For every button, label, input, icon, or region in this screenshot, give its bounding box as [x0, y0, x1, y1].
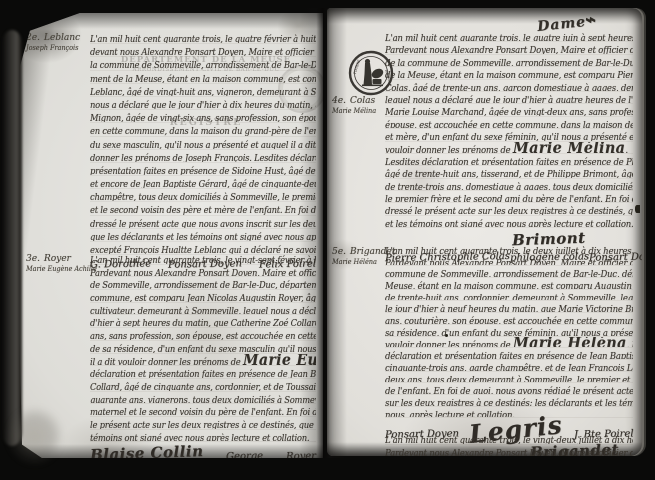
text-segment: ment de la Meuse, étant en la maison com… — [90, 74, 316, 84]
text-segment: vouloir donner les prénoms de — [385, 145, 513, 154]
text-segment: en cette commune, dans la maison du gran… — [90, 126, 316, 136]
manuscript-line: en cette commune, dans la maison du gran… — [90, 123, 316, 136]
manuscript-text: de la commune de Sommeville, arrondissem… — [385, 58, 633, 67]
manuscript-line: de la Meuse, étant en la maison commune,… — [385, 67, 633, 79]
book-fore-edge — [2, 30, 22, 446]
manuscript-line: Colas, âgé de trente-un ans, garçon dome… — [385, 80, 633, 92]
manuscript-text: dressé le présent acte que nous avons in… — [90, 219, 316, 229]
margin-number-and-surname: 3e.Royer — [26, 254, 92, 264]
manuscript-text: que les déclarants et les témoins ont si… — [90, 232, 316, 242]
text-segment: commune de Sommeville, arrondissement de… — [385, 269, 633, 278]
manuscript-line: cinquante-trois ans, garde champêtre, et… — [385, 360, 633, 372]
birth-act: L'an mil huit cent quarante trois, le vi… — [90, 252, 316, 458]
manuscript-text: et encore de Jean Baptiste Gérard, âgé d… — [90, 179, 316, 189]
text-segment: déclaration et présentation faites en pr… — [90, 369, 316, 379]
manuscript-text: Marie Louise Marchand, âgée de vingt-deu… — [385, 107, 633, 116]
text-segment: et le second voisin des père et mère de … — [90, 205, 316, 215]
manuscript-line: épouse, est accouchée en cette commune, … — [385, 117, 633, 129]
text-segment: vouloir donner les prénoms de — [385, 340, 513, 349]
text-segment: lequel nous a déclaré que le jour d'hier… — [385, 95, 633, 104]
manuscript-line: Meuse, étant en la maison commune, est c… — [385, 278, 633, 290]
manuscript-line: maternel et le second voisin du père de … — [90, 404, 316, 417]
manuscript-text: sa résidence, d'un enfant du sexe fémini… — [385, 328, 633, 337]
text-segment: présentation faites en présence de Sidoi… — [90, 166, 316, 176]
manuscript-text: devant nous Alexandre Ponsart Doyen, Mai… — [90, 47, 316, 57]
manuscript-text: la commune de Sommeville, arrondissement… — [90, 60, 316, 70]
manuscript-text: présentation faites en présence de Sidoi… — [90, 166, 316, 176]
manuscript-line: il a dit vouloir donner les prénoms de M… — [90, 354, 316, 367]
text-segment: donner les prénoms de Joseph François. L… — [90, 153, 316, 163]
manuscript-text: âgé de trente-huit ans, tisserand, et de… — [385, 169, 633, 178]
text-segment: de Sommeville, arrondissement de Bar-le-… — [90, 280, 316, 290]
manuscript-text: L'an mil huit cent quarante trois, le de… — [385, 246, 633, 255]
text-segment: Collard, âgé de cinquante ans, cordonnie… — [90, 382, 316, 392]
manuscript-line: deux ans, tous deux demeurant à Sommevil… — [385, 372, 633, 384]
text-segment: Marie Louise Marchand, âgée de vingt-deu… — [385, 107, 633, 116]
manuscript-line: ment de la Meuse, étant en la maison com… — [90, 71, 316, 84]
manuscript-text: lequel nous a déclaré que le jour d'hier… — [385, 95, 633, 104]
text-segment: de sa résidence, d'un enfant du sexe mas… — [90, 344, 316, 354]
text-segment: de la commune de Sommeville, arrondissem… — [385, 58, 633, 67]
register-scan: DÉPARTEMENT DE LA MEUSE ARRONDISSEMENT C… — [0, 0, 655, 480]
birth-act: L'an mil huit cent quarante trois, le qu… — [385, 30, 633, 263]
manuscript-text: Mignon, âgée de vingt-six ans, sans prof… — [90, 113, 316, 123]
manuscript-text: champêtre, tous deux domiciliés à Sommev… — [90, 192, 316, 202]
manuscript-text: déclaration et présentation faites en pr… — [385, 351, 633, 360]
manuscript-text: donner les prénoms de Joseph François. L… — [90, 153, 316, 163]
manuscript-text: commune de Sommeville, arrondissement de… — [385, 269, 633, 278]
manuscript-text: nous a déclaré que le jour d'hier à dix … — [90, 100, 316, 110]
manuscript-text: Meuse, étant en la maison commune, est c… — [385, 281, 633, 290]
manuscript-text: Lesdites déclaration et présentation fai… — [385, 157, 633, 166]
manuscript-text: maternel et le second voisin du père de … — [90, 407, 316, 417]
text-segment: de l'enfant. En foi de quoi, nous avons … — [385, 386, 633, 395]
text-segment: la commune de Sommeville, arrondissement… — [90, 60, 316, 70]
child-name: Marie Eugène Achille — [243, 354, 316, 367]
manuscript-line: et mère, d'un enfant du sexe féminin, qu… — [385, 129, 633, 141]
text-segment: L'an mil huit cent quarante trois, le qu… — [90, 34, 316, 44]
manuscript-text: le jour d'hier à neuf heures du matin, q… — [385, 304, 633, 313]
ink-speck — [635, 205, 640, 213]
manuscript-line: dressé le présent acte que nous avons in… — [90, 216, 316, 229]
manuscript-text: sur les deux registres à ce destinés; le… — [385, 398, 633, 407]
manuscript-line: de sa résidence, d'un enfant du sexe mas… — [90, 341, 316, 354]
manuscript-line: commune, est comparu Jean Nicolas August… — [90, 290, 316, 303]
manuscript-text: épouse, est accouchée en cette commune, … — [385, 120, 633, 129]
text-segment: ans, sans profession, son épouse, est ac… — [90, 331, 316, 341]
manuscript-line: la commune de Sommeville, arrondissement… — [90, 57, 316, 70]
manuscript-line: vouloir donner les prénoms de Marie Méli… — [385, 142, 633, 154]
manuscript-text: et mère, d'un enfant du sexe féminin, qu… — [385, 132, 633, 141]
manuscript-text: L'an mil huit cent quarante trois, le qu… — [90, 34, 316, 44]
manuscript-text: deux ans, tous deux demeurant à Sommevil… — [385, 375, 633, 384]
text-segment: du sexe masculin, qu'il nous a présenté … — [90, 140, 316, 150]
text-segment: quarante ans, vignerons, tous deux domic… — [90, 395, 316, 405]
manuscript-text: et le second voisin des père et mère de … — [90, 205, 316, 215]
manuscript-line: Pardevant nous Alexandre Ponsart Doyen, … — [385, 255, 633, 267]
manuscript-text: dressé le présent acte sur les deux regi… — [385, 206, 633, 215]
manuscript-text: Pardevant nous Alexandre Ponsart Doyen, … — [385, 258, 633, 267]
manuscript-text: ans, couturière, son épouse, est accouch… — [385, 316, 633, 325]
manuscript-text: d'hier à sept heures du matin, que Cathe… — [90, 318, 316, 328]
manuscript-text: vouloir donner les prénoms de Marie Hélé… — [385, 337, 633, 349]
text-segment: L'an mil huit cent quarante trois, le qu… — [385, 33, 633, 42]
birth-act: L'an mil huit cent quarante trois, le qu… — [90, 31, 316, 270]
text-segment: champêtre, tous deux domiciliés à Sommev… — [90, 192, 316, 202]
manuscript-text: il a dit vouloir donner les prénoms de M… — [90, 354, 316, 367]
text-segment: L'an mil huit cent quarante trois, le vi… — [385, 435, 633, 445]
manuscript-line: témoins ont signé avec nous après lectur… — [90, 430, 316, 443]
manuscript-line: Marie Louise Marchand, âgée de vingt-deu… — [385, 104, 633, 116]
manuscript-line: sur les deux registres à ce destinés; le… — [385, 395, 633, 407]
right-page: TIMBRE ROYAL Dame 4e.ColasMarie MélinaL'… — [327, 8, 642, 456]
signature: Blaise Collin — [90, 442, 204, 458]
text-segment: âgé de trente-huit ans, tisserand, et de… — [385, 169, 633, 178]
act-margin-note: 3e.RoyerMarie Eugène Achille — [26, 254, 92, 273]
manuscript-text: de trente-trois ans, domestique à gages,… — [385, 182, 633, 191]
manuscript-line: de la commune de Sommeville, arrondissem… — [385, 55, 633, 67]
manuscript-text: Pardevant nous Alexandre Ponsart Doyen, … — [385, 45, 633, 54]
manuscript-line: ans, sans profession, son épouse, est ac… — [90, 328, 316, 341]
manuscript-text: de Sommeville, arrondissement de Bar-le-… — [90, 280, 316, 290]
page-edge-highlight — [6, 406, 64, 466]
manuscript-text: déclaration et présentation faites en pr… — [90, 369, 316, 379]
manuscript-text: et les témoins ont signé avec nous après… — [385, 219, 633, 228]
text-segment: Mignon, âgée de vingt-six ans, sans prof… — [90, 113, 316, 123]
manuscript-line: âgé de trente-huit ans, tisserand, et de… — [385, 166, 633, 178]
manuscript-line: dressé le présent acte sur les deux regi… — [385, 203, 633, 215]
text-segment: . Lesdites — [627, 340, 633, 349]
child-name: Marie Héléna — [513, 337, 627, 349]
manuscript-text: L'an mil huit cent quarante trois, le qu… — [385, 33, 633, 42]
manuscript-line: nous a déclaré que le jour d'hier à dix … — [90, 97, 316, 110]
manuscript-line: L'an mil huit cent quarante trois, le qu… — [385, 30, 633, 42]
act-number: 4e. — [332, 96, 346, 106]
manuscript-text: L'an mil huit cent quarante trois, le vi… — [385, 435, 633, 445]
text-segment: d'hier à sept heures du matin, que Cathe… — [90, 318, 316, 328]
signature: Royer — [286, 451, 316, 458]
manuscript-line: de trente-trois ans, domestique à gages,… — [385, 179, 633, 191]
manuscript-line: donner les prénoms de Joseph François. L… — [90, 150, 316, 163]
manuscript-text: le présent acte sur les deux registres à… — [90, 420, 316, 430]
manuscript-line: que les déclarants et les témoins ont si… — [90, 229, 316, 242]
text-segment: de trente-trois ans, domestique à gages,… — [385, 182, 633, 191]
manuscript-line: vouloir donner les prénoms de Marie Hélé… — [385, 337, 633, 349]
manuscript-line: Pardevant nous Alexandre Ponsart Doyen, … — [90, 265, 316, 278]
left-page: DÉPARTEMENT DE LA MEUSE ARRONDISSEMENT C… — [16, 13, 323, 458]
manuscript-text: Leblanc, âgé de vingt-huit ans, vigneron… — [90, 87, 316, 97]
manuscript-text: en cette commune, dans la maison du gran… — [90, 126, 316, 136]
manuscript-text: de la Meuse, étant en la maison commune,… — [385, 70, 633, 79]
text-segment: le jour d'hier à neuf heures du matin, q… — [385, 304, 633, 313]
manuscript-line: Mignon, âgée de vingt-six ans, sans prof… — [90, 110, 316, 123]
text-segment: cultivateur, demeurant à Sommeville, leq… — [90, 306, 316, 316]
manuscript-line: le premier frère et le second ami du pèr… — [385, 191, 633, 203]
manuscript-text: cultivateur, demeurant à Sommeville, leq… — [90, 306, 316, 316]
act-number: 2e. — [26, 33, 40, 43]
manuscript-line: champêtre, tous deux domiciliés à Sommev… — [90, 189, 316, 202]
manuscript-text: du sexe masculin, qu'il nous a présenté … — [90, 140, 316, 150]
manuscript-line: déclaration et présentation faites en pr… — [90, 366, 316, 379]
manuscript-line: et le second voisin des père et mère de … — [90, 202, 316, 215]
manuscript-line: ans, couturière, son épouse, est accouch… — [385, 313, 633, 325]
act-number: 5e. — [332, 247, 346, 257]
manuscript-line: et les témoins ont signé avec nous après… — [385, 216, 633, 228]
manuscript-line: et encore de Jean Baptiste Gérard, âgé d… — [90, 176, 316, 189]
manuscript-line: L'an mil huit cent quarante trois, le vi… — [385, 432, 633, 445]
child-name: Marie Mélina — [513, 142, 625, 154]
binding-edge-shadow — [16, 13, 100, 458]
manuscript-line: commune de Sommeville, arrondissement de… — [385, 266, 633, 278]
text-segment: déclaration et présentation faites en pr… — [385, 351, 633, 360]
text-segment: et mère, d'un enfant du sexe féminin, qu… — [385, 132, 633, 141]
text-segment: le premier frère et le second ami du pèr… — [385, 194, 633, 203]
birth-act: L'an mil huit cent quarante trois, le de… — [385, 243, 633, 456]
text-segment: Leblanc, âgé de vingt-huit ans, vigneron… — [90, 87, 316, 97]
manuscript-line: de trente-huit ans, cordonnier, demeuran… — [385, 290, 633, 302]
given-names: Joseph François — [26, 43, 82, 52]
manuscript-text: le premier frère et le second ami du pèr… — [385, 194, 633, 203]
signature-row: Blaise CollinGeorgeRoyer — [90, 444, 316, 458]
text-segment: Colas, âgé de trente-un ans, garçon dome… — [385, 83, 633, 92]
manuscript-text: L'an mil huit cent quarante trois, le vi… — [90, 255, 316, 265]
text-segment: ans, couturière, son épouse, est accouch… — [385, 316, 633, 325]
manuscript-line: cultivateur, demeurant à Sommeville, leq… — [90, 303, 316, 316]
text-segment: le présent acte sur les deux registres à… — [90, 420, 316, 430]
text-segment: et les témoins ont signé avec nous après… — [385, 219, 633, 228]
given-names: Marie Mélina — [332, 106, 388, 115]
text-segment: de la Meuse, étant en la maison commune,… — [385, 70, 633, 79]
text-segment: sa résidence, d'un enfant du sexe fémini… — [385, 328, 633, 337]
text-segment: maternel et le second voisin du père de … — [90, 407, 316, 417]
text-segment: devant nous Alexandre Ponsart Doyen, Mai… — [90, 47, 316, 57]
text-segment: L'an mil huit cent quarante trois, le de… — [385, 246, 633, 255]
manuscript-line: Collard, âgé de cinquante ans, cordonnie… — [90, 379, 316, 392]
text-segment: Lesdites déclaration et présentation fai… — [385, 157, 633, 166]
text-segment: il a dit vouloir donner les prénoms de — [90, 357, 243, 367]
manuscript-line: Leblanc, âgé de vingt-huit ans, vigneron… — [90, 84, 316, 97]
given-names: Marie Eugène Achille — [26, 264, 82, 273]
text-segment: Meuse, étant en la maison commune, est c… — [385, 281, 633, 290]
text-segment: deux ans, tous deux demeurant à Sommevil… — [385, 375, 633, 384]
manuscript-line: lequel nous a déclaré que le jour d'hier… — [385, 92, 633, 104]
birth-act: L'an mil huit cent quarante trois, le vi… — [385, 432, 633, 456]
signature: George — [226, 451, 263, 458]
text-segment: épouse, est accouchée en cette commune, … — [385, 120, 633, 129]
manuscript-line: Pardevant nous Alexandre Ponsart Doyen, … — [385, 445, 633, 456]
surname: Colas — [350, 96, 375, 106]
manuscript-text: de trente-huit ans, cordonnier, demeuran… — [385, 293, 633, 302]
manuscript-line: L'an mil huit cent quarante trois, le vi… — [90, 252, 316, 265]
manuscript-line: de Sommeville, arrondissement de Bar-le-… — [90, 277, 316, 290]
act-number: 3e. — [26, 254, 40, 264]
page-top-shadow — [16, 13, 323, 29]
manuscript-text: vouloir donner les prénoms de Marie Méli… — [385, 142, 628, 154]
text-segment: et encore de Jean Baptiste Gérard, âgé d… — [90, 179, 316, 189]
manuscript-text: témoins ont signé avec nous après lectur… — [90, 433, 309, 443]
manuscript-text: cinquante-trois ans, garde champêtre, et… — [385, 363, 633, 372]
manuscript-text: ment de la Meuse, étant en la maison com… — [90, 74, 316, 84]
surname: Royer — [44, 254, 71, 264]
manuscript-text: de l'enfant. En foi de quoi, nous avons … — [385, 386, 633, 395]
given-names: Marie Héléna — [332, 257, 388, 266]
text-segment: commune, est comparu Jean Nicolas August… — [90, 293, 316, 303]
manuscript-line: Lesdites déclaration et présentation fai… — [385, 154, 633, 166]
manuscript-line: L'an mil huit cent quarante trois, le qu… — [90, 31, 316, 44]
text-segment: Pardevant nous Alexandre Ponsart Doyen, … — [385, 258, 633, 267]
manuscript-text: Colas, âgé de trente-un ans, garçon dome… — [385, 83, 633, 92]
manuscript-line: présentation faites en présence de Sidoi… — [90, 163, 316, 176]
text-segment: Pardevant nous Alexandre Ponsart Doyen, … — [385, 448, 633, 456]
manuscript-line: sa résidence, d'un enfant du sexe fémini… — [385, 325, 633, 337]
text-segment: cinquante-trois ans, garde champêtre, et… — [385, 363, 633, 372]
manuscript-text: quarante ans, vignerons, tous deux domic… — [90, 395, 316, 405]
manuscript-text: ans, sans profession, son épouse, est ac… — [90, 331, 316, 341]
manuscript-line: déclaration et présentation faites en pr… — [385, 348, 633, 360]
text-segment: nous a déclaré que le jour d'hier à dix … — [90, 100, 316, 110]
act-margin-note: 2e.LeblancJoseph François — [26, 33, 92, 52]
manuscript-line: de l'enfant. En foi de quoi, nous avons … — [385, 383, 633, 395]
manuscript-line: d'hier à sept heures du matin, que Cathe… — [90, 315, 316, 328]
manuscript-line: du sexe masculin, qu'il nous a présenté … — [90, 137, 316, 150]
manuscript-text: Collard, âgé de cinquante ans, cordonnie… — [90, 382, 316, 392]
text-segment: . — [625, 145, 628, 154]
manuscript-text: commune, est comparu Jean Nicolas August… — [90, 293, 316, 303]
manuscript-line: L'an mil huit cent quarante trois, le de… — [385, 243, 633, 255]
text-segment: dressé le présent acte sur les deux regi… — [385, 206, 633, 215]
manuscript-line: le jour d'hier à neuf heures du matin, q… — [385, 301, 633, 313]
text-segment: L'an mil huit cent quarante trois, le vi… — [90, 255, 316, 265]
text-segment: Pardevant nous Alexandre Ponsart Doyen, … — [90, 268, 316, 278]
manuscript-line: quarante ans, vignerons, tous deux domic… — [90, 392, 316, 405]
text-segment: dressé le présent acte que nous avons in… — [90, 219, 316, 229]
manuscript-text: Pardevant nous Alexandre Ponsart Doyen, … — [90, 268, 316, 278]
text-segment: témoins ont signé avec nous après lectur… — [90, 433, 309, 443]
text-segment: sur les deux registres à ce destinés; le… — [385, 398, 633, 407]
surname: Leblanc — [44, 33, 80, 43]
manuscript-text: Pardevant nous Alexandre Ponsart Doyen, … — [385, 448, 633, 456]
manuscript-text: de sa résidence, d'un enfant du sexe mas… — [90, 344, 316, 354]
text-segment: Pardevant nous Alexandre Ponsart Doyen, … — [385, 45, 633, 54]
manuscript-line: devant nous Alexandre Ponsart Doyen, Mai… — [90, 44, 316, 57]
text-segment: que les déclarants et les témoins ont si… — [90, 232, 316, 242]
text-segment: de trente-huit ans, cordonnier, demeuran… — [385, 293, 633, 302]
manuscript-line: Pardevant nous Alexandre Ponsart Doyen, … — [385, 42, 633, 54]
margin-number-and-surname: 2e.Leblanc — [26, 33, 92, 43]
manuscript-line: le présent acte sur les deux registres à… — [90, 417, 316, 430]
